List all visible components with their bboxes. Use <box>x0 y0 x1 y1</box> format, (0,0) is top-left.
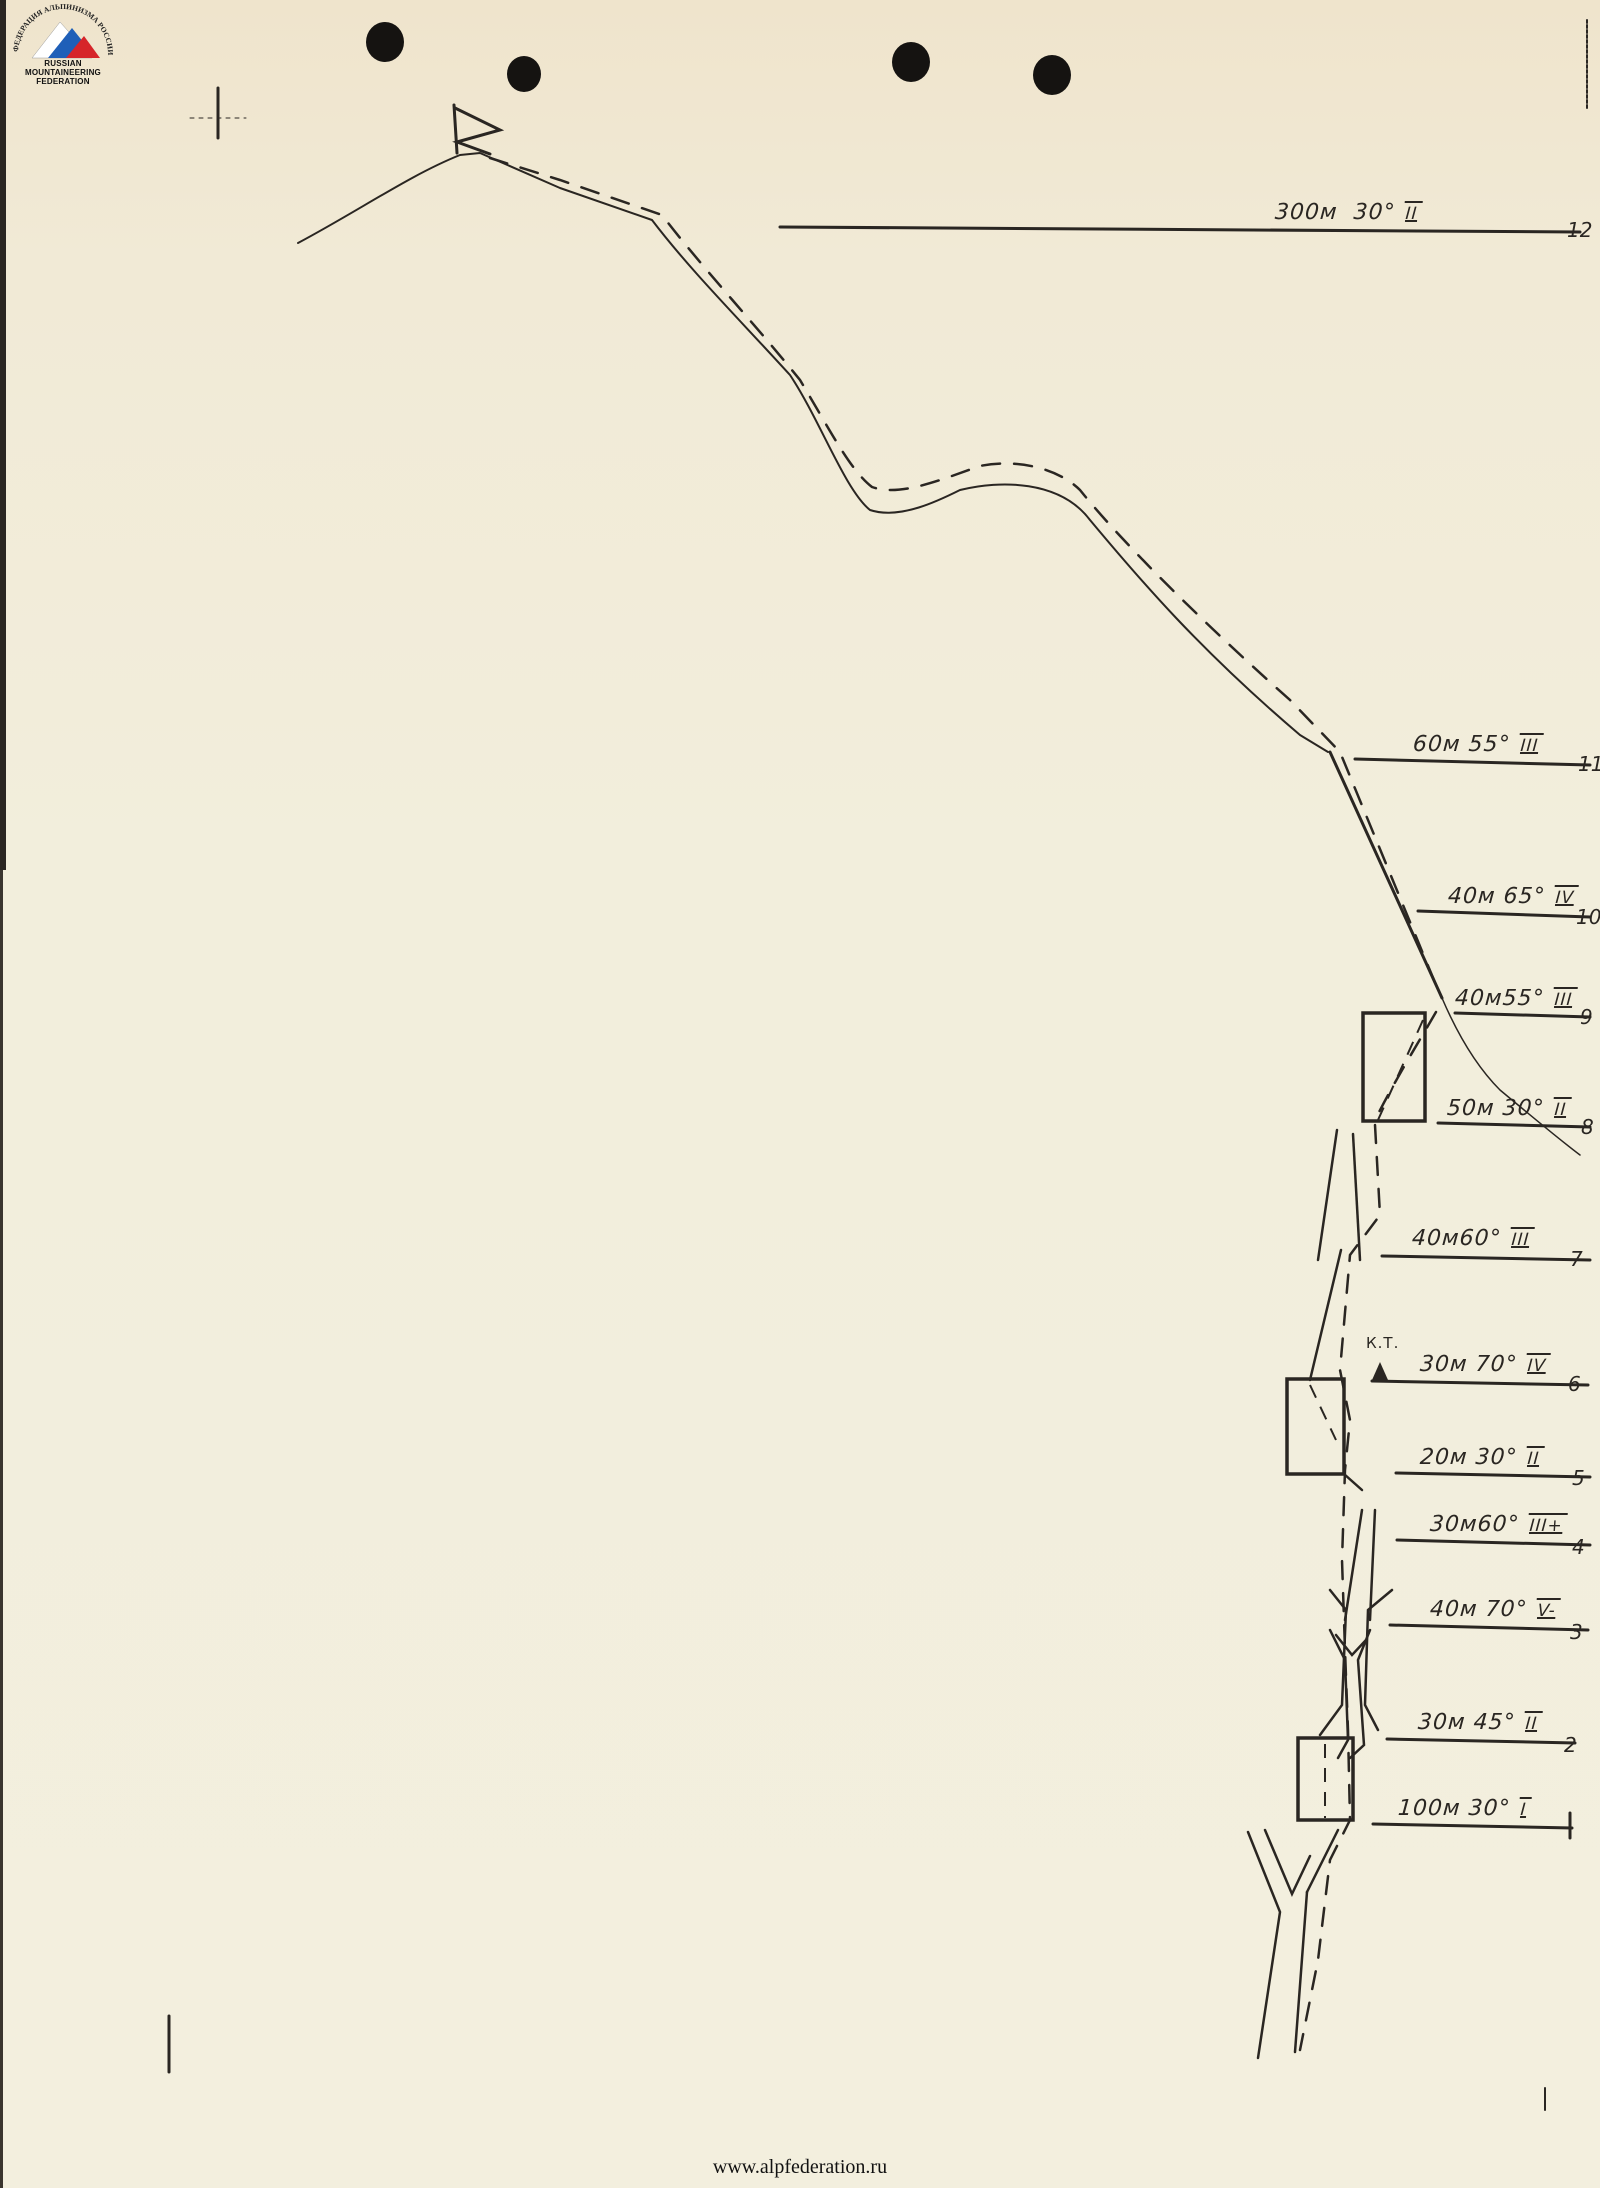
footer-url: www.alpfederation.ru <box>0 2156 1600 2179</box>
pitch-index-7: 7 <box>1570 1247 1583 1271</box>
pitch-label-5: 20м 30°II <box>1419 1445 1540 1470</box>
control-point-label: К.Т. <box>1366 1334 1399 1352</box>
pitch-label-10: 40м 65°IV <box>1447 884 1575 909</box>
box-inner-route <box>1310 1020 1423 1818</box>
pitch-index-2: 2 <box>1564 1733 1577 1757</box>
pitch-label-9: 40м55°III <box>1454 986 1573 1011</box>
pitch-index-12: 12 <box>1567 218 1592 242</box>
pitch-index-5: 5 <box>1572 1466 1585 1490</box>
pitch-label-6: 30м 70°IV <box>1419 1352 1547 1377</box>
pitch-label-1: 100м 30°I <box>1397 1796 1527 1821</box>
flag-icon <box>454 105 500 154</box>
pitch-index-8: 8 <box>1581 1115 1594 1139</box>
pitch-index-9: 9 <box>1580 1005 1593 1029</box>
pitch-label-4: 30м60°III+ <box>1429 1512 1564 1537</box>
pitch-label-2: 30м 45°II <box>1417 1710 1538 1735</box>
route-diagram <box>0 0 1600 2188</box>
route-line <box>490 158 1438 2050</box>
ridge-outline <box>298 153 1580 1155</box>
pitch-label-11: 60м 55°III <box>1412 732 1539 757</box>
pitch-label-7: 40м60°III <box>1411 1226 1530 1251</box>
couloir-walls <box>1248 1130 1392 2058</box>
pitch-index-11: 11 <box>1578 752 1600 776</box>
feature-boxes <box>1287 1013 1425 1820</box>
pitch-label-3: 40м 70°V- <box>1429 1597 1557 1622</box>
triangle-icon <box>1372 1362 1388 1380</box>
pitch-index-4: 4 <box>1572 1535 1585 1559</box>
pitch-index-6: 6 <box>1568 1372 1581 1396</box>
registration-marks <box>169 20 1587 2110</box>
pitch-label-12: 300м 30°II <box>1274 200 1418 225</box>
pitch-index-3: 3 <box>1570 1620 1583 1644</box>
pitch-label-8: 50м 30°II <box>1446 1096 1567 1121</box>
punch-holes <box>366 22 1071 95</box>
pitch-index-10: 10 <box>1576 905 1600 929</box>
